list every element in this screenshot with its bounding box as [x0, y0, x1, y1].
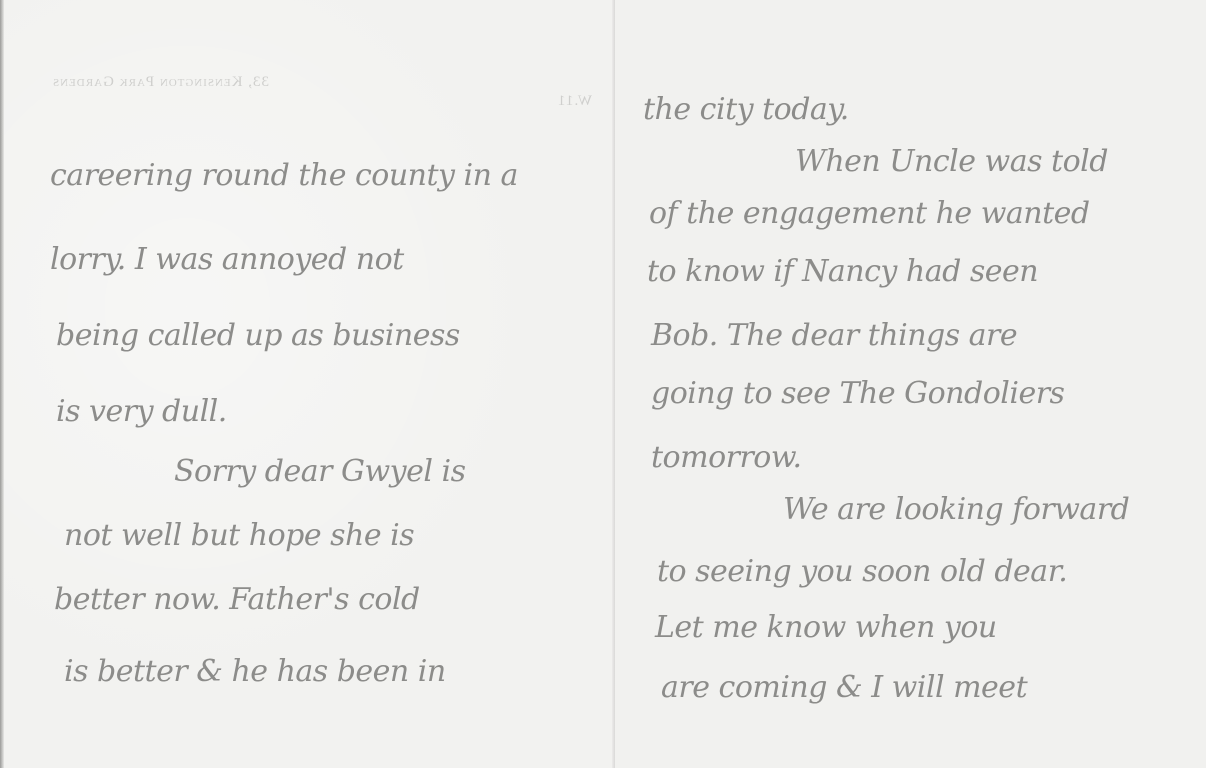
handwritten-line: to know if Nancy had seen — [647, 254, 1038, 289]
handwritten-line: not well but hope she is — [64, 518, 414, 553]
handwritten-line: Sorry dear Gwyel is — [174, 454, 465, 489]
handwritten-line: going to see The Gondoliers — [651, 376, 1064, 411]
right-page: the city today. When Uncle was told of t… — [615, 0, 1206, 768]
handwritten-line: is very dull. — [56, 394, 227, 429]
handwritten-line: lorry. I was annoyed not — [50, 242, 404, 277]
handwritten-line: Bob. The dear things are — [651, 318, 1017, 353]
handwritten-line: tomorrow. — [651, 440, 802, 475]
handwritten-line: is better & he has been in — [64, 654, 446, 689]
letterhead: 33, Kensington Park Gardens W.11 — [52, 74, 592, 110]
handwritten-line: to seeing you soon old dear. — [657, 554, 1067, 589]
handwritten-line: the city today. — [643, 92, 849, 127]
handwritten-line: being called up as business — [56, 318, 460, 353]
handwritten-line: of the engagement he wanted — [649, 196, 1090, 231]
handwritten-line: are coming & I will meet — [661, 670, 1027, 705]
letter-spread: 33, Kensington Park Gardens W.11 careeri… — [0, 0, 1206, 768]
handwritten-line: We are looking forward — [783, 492, 1129, 527]
left-page: 33, Kensington Park Gardens W.11 careeri… — [4, 0, 615, 768]
handwritten-line: Let me know when you — [655, 610, 997, 645]
handwritten-line: better now. Father's cold — [54, 582, 420, 617]
handwritten-line: careering round the county in a — [50, 158, 518, 193]
handwritten-line: When Uncle was told — [795, 144, 1108, 179]
letterhead-district: W.11 — [52, 93, 592, 110]
letterhead-address: 33, Kensington Park Gardens — [52, 74, 592, 91]
